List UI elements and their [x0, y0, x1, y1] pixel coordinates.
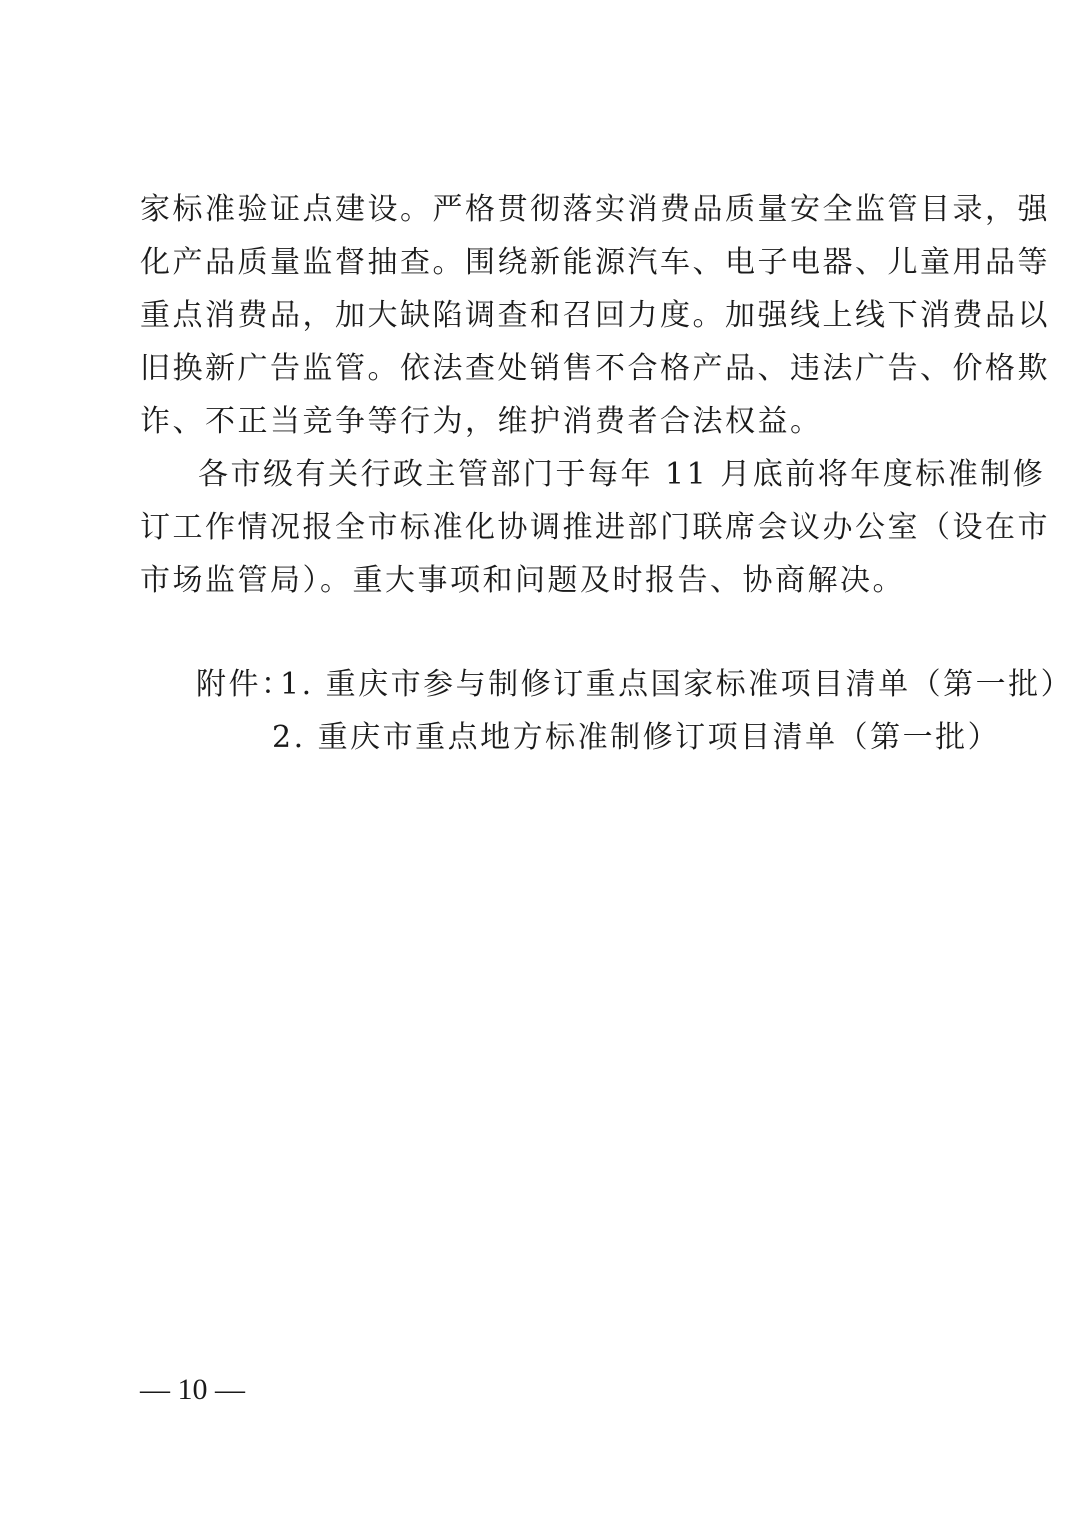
paragraph-1-line-4: 旧换新广告监管。依法查处销售不合格产品、违法广告、价格欺 [140, 349, 1050, 389]
paragraph-1-line-5: 诈、不正当竞争等行为，维护消费者合法权益。 [140, 402, 823, 442]
page-number: — 10 — [140, 1370, 245, 1410]
document-page: 家标准验证点建设。严格贯彻落实消费品质量安全监管目录，强 化产品质量监督抽查。围… [0, 0, 1074, 1520]
paragraph-1-line-2: 化产品质量监督抽查。围绕新能源汽车、电子电器、儿童用品等 [140, 243, 1050, 283]
paragraph-1-line-1: 家标准验证点建设。严格贯彻落实消费品质量安全监管目录，强 [140, 190, 1050, 230]
attachments-label: 附件： [196, 665, 294, 705]
paragraph-1-line-3: 重点消费品，加大缺陷调查和召回力度。加强线上线下消费品以 [140, 296, 1050, 336]
attachment-item-2: 2. 重庆市重点地方标准制修订项目清单（第一批） [272, 718, 1000, 758]
paragraph-2-line-2: 订工作情况报全市标准化协调推进部门联席会议办公室（设在市 [140, 508, 1050, 548]
paragraph-2-line-1: 各市级有关行政主管部门于每年 11 月底前将年度标准制修 [198, 455, 1045, 495]
attachment-item-1: 1. 重庆市参与制修订重点国家标准项目清单（第一批） [280, 665, 1073, 705]
paragraph-2-line-3: 市场监管局）。重大事项和问题及时报告、协商解决。 [140, 561, 905, 601]
